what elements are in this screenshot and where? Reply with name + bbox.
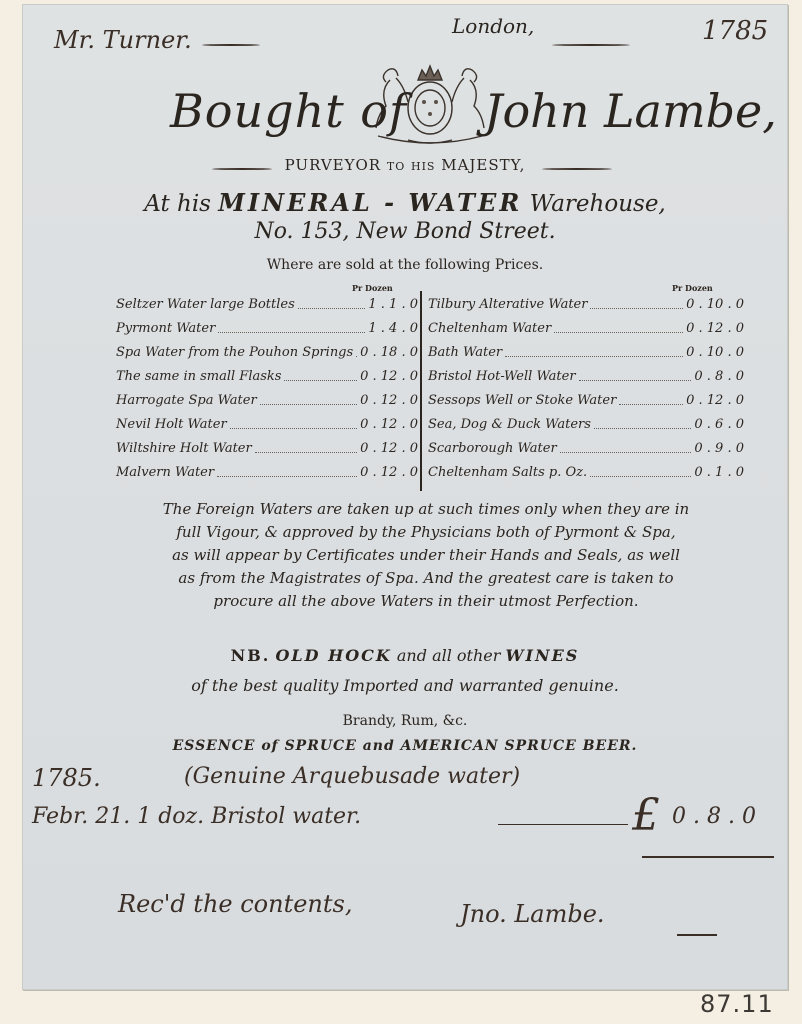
- item-price: 0 . 12 . 0: [360, 365, 418, 389]
- warehouse-line: At his MINERAL - WATER Warehouse,: [22, 188, 788, 217]
- price-column-left: Seltzer Water large Bottles1 . 1 . 0 Pyr…: [116, 293, 418, 485]
- item-name: Cheltenham Salts p. Oz.: [428, 461, 587, 485]
- price-row: Wiltshire Holt Water0 . 12 . 0: [116, 437, 418, 461]
- signature-flourish: [677, 934, 717, 936]
- item-price: 0 . 12 . 0: [360, 389, 418, 413]
- leader-dots: [505, 341, 683, 357]
- leader-dots: [217, 461, 357, 477]
- where-sold-line: Where are sold at the following Prices.: [22, 257, 788, 273]
- item-name: Pyrmont Water: [116, 317, 215, 341]
- item-price: 1 . 1 . 0: [368, 293, 418, 317]
- price-row: The same in small Flasks0 . 12 . 0: [116, 365, 418, 389]
- item-price: 0 . 12 . 0: [686, 389, 744, 413]
- receipt-document: Mr. Turner. London, 1785 Bought of John …: [22, 4, 788, 990]
- item-name: Sessops Well or Stoke Water: [428, 389, 616, 413]
- item-name: The same in small Flasks: [116, 365, 281, 389]
- price-row: Scarborough Water0 . 9 . 0: [428, 437, 744, 461]
- item-price: 0 . 1 . 0: [694, 461, 744, 485]
- leader-dots: [590, 293, 683, 309]
- leader-dots: [554, 317, 683, 333]
- leader-dots: [298, 293, 366, 309]
- item-price: 0 . 10 . 0: [686, 341, 744, 365]
- decorative-swash: [212, 168, 272, 170]
- price-row: Pyrmont Water1 . 4 . 0: [116, 317, 418, 341]
- year: 1785: [702, 16, 768, 46]
- price-row: Bath Water0 . 10 . 0: [428, 341, 744, 365]
- item-name: Harrogate Spa Water: [116, 389, 257, 413]
- item-name: Nevil Holt Water: [116, 413, 227, 437]
- warehouse-prefix: At his: [144, 191, 211, 217]
- leader-dots: [594, 413, 691, 429]
- address: No. 153, New Bond Street.: [22, 219, 788, 244]
- price-row: Malvern Water0 . 12 . 0: [116, 461, 418, 485]
- item-price: 0 . 18 . 0: [360, 341, 418, 365]
- item-price: 0 . 8 . 0: [694, 365, 744, 389]
- price-row: Tilbury Alterative Water0 . 10 . 0: [428, 293, 744, 317]
- warehouse-title: MINERAL - WATER: [218, 188, 522, 217]
- price-row: Seltzer Water large Bottles1 . 1 . 0: [116, 293, 418, 317]
- old-hock: OLD HOCK: [275, 646, 391, 665]
- handwritten-note: (Genuine Arquebusade water): [184, 764, 520, 789]
- item-price: 0 . 10 . 0: [686, 293, 744, 317]
- nb-mark: NB.: [231, 646, 271, 665]
- per-dozen-label: Pr Dozen: [352, 283, 393, 293]
- price-column-right: Tilbury Alterative Water0 . 10 . 0 Chelt…: [428, 293, 744, 485]
- essence-line: ESSENCE of SPRUCE and AMERICAN SPRUCE BE…: [22, 738, 788, 754]
- seller-name: John Lambe,: [484, 84, 777, 138]
- bought-of-label: Bought of: [170, 84, 407, 138]
- item-name: Sea, Dog & Duck Waters: [428, 413, 591, 437]
- quality-line: of the best quality Imported and warrant…: [22, 676, 788, 695]
- item-name: Tilbury Alterative Water: [428, 293, 587, 317]
- handwritten-amount: 0 . 8 . 0: [672, 804, 756, 829]
- item-price: 0 . 6 . 0: [694, 413, 744, 437]
- catalog-number: 87.11: [700, 990, 774, 1018]
- item-name: Malvern Water: [116, 461, 214, 485]
- price-row: Cheltenham Salts p. Oz.0 . 1 . 0: [428, 461, 744, 485]
- column-divider: [420, 291, 422, 491]
- notice-line: full Vigour, & approved by the Physician…: [116, 521, 736, 544]
- leader-dots: [579, 365, 692, 381]
- notice-line: as will appear by Certificates under the…: [116, 544, 736, 567]
- handwritten-year: 1785.: [32, 764, 101, 792]
- price-row: Bristol Hot-Well Water0 . 8 . 0: [428, 365, 744, 389]
- price-row: Nevil Holt Water0 . 12 . 0: [116, 413, 418, 437]
- notice-line: procure all the above Waters in their ut…: [116, 590, 736, 613]
- receipt-acknowledgement: Rec'd the contents,: [118, 890, 352, 918]
- wines-label: WINES: [506, 646, 580, 665]
- entry-rule: [498, 824, 628, 825]
- and-all-other: and all other: [397, 646, 501, 665]
- wines-line: NB. OLD HOCK and all other WINES: [22, 646, 788, 665]
- item-name: Scarborough Water: [428, 437, 557, 461]
- decorative-swash: [552, 44, 630, 46]
- leader-dots: [356, 341, 357, 357]
- decorative-swash: [542, 168, 612, 170]
- leader-dots: [590, 461, 691, 477]
- item-name: Wiltshire Holt Water: [116, 437, 252, 461]
- item-name: Bath Water: [428, 341, 502, 365]
- price-row: Harrogate Spa Water0 . 12 . 0: [116, 389, 418, 413]
- notice-line: The Foreign Waters are taken up at such …: [116, 498, 736, 521]
- notice-line: as from the Magistrates of Spa. And the …: [116, 567, 736, 590]
- signature: Jno. Lambe.: [460, 900, 605, 928]
- leader-dots: [255, 437, 357, 453]
- item-price: 0 . 12 . 0: [686, 317, 744, 341]
- per-dozen-label: Pr Dozen: [672, 283, 713, 293]
- pound-sign: £: [632, 790, 660, 841]
- leader-dots: [260, 389, 357, 405]
- leader-dots: [619, 389, 683, 405]
- leader-dots: [218, 317, 365, 333]
- handwritten-entry: Febr. 21. 1 doz. Bristol water.: [32, 804, 361, 829]
- purveyor-line: PURVEYOR to his MAJESTY,: [22, 156, 788, 174]
- warehouse-suffix: Warehouse,: [530, 191, 666, 217]
- item-price: 0 . 9 . 0: [694, 437, 744, 461]
- foreign-waters-notice: The Foreign Waters are taken up at such …: [116, 498, 736, 613]
- price-row: Spa Water from the Pouhon Springs0 . 18 …: [116, 341, 418, 365]
- leader-dots: [284, 365, 357, 381]
- decorative-swash: [202, 44, 260, 46]
- item-price: 1 . 4 . 0: [368, 317, 418, 341]
- price-row: Sessops Well or Stoke Water0 . 12 . 0: [428, 389, 744, 413]
- item-name: Cheltenham Water: [428, 317, 551, 341]
- amount-underline: [642, 856, 774, 858]
- item-price: 0 . 12 . 0: [360, 413, 418, 437]
- price-row: Cheltenham Water0 . 12 . 0: [428, 317, 744, 341]
- price-list: Pr Dozen Pr Dozen Seltzer Water large Bo…: [116, 287, 766, 493]
- item-name: Spa Water from the Pouhon Springs: [116, 341, 353, 365]
- brandy-line: Brandy, Rum, &c.: [22, 713, 788, 729]
- item-price: 0 . 12 . 0: [360, 461, 418, 485]
- item-name: Seltzer Water large Bottles: [116, 293, 295, 317]
- item-price: 0 . 12 . 0: [360, 437, 418, 461]
- price-row: Sea, Dog & Duck Waters0 . 6 . 0: [428, 413, 744, 437]
- item-name: Bristol Hot-Well Water: [428, 365, 576, 389]
- leader-dots: [560, 437, 692, 453]
- leader-dots: [230, 413, 357, 429]
- city: London,: [452, 14, 534, 38]
- recipient-name: Mr. Turner.: [54, 26, 192, 54]
